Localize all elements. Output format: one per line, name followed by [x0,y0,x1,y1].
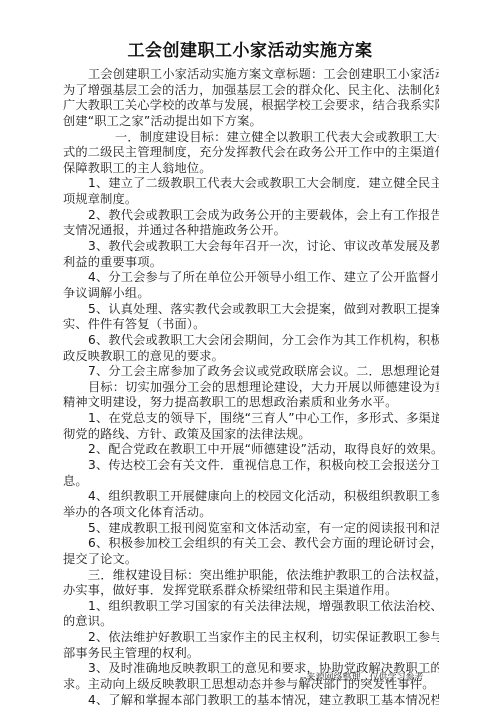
paragraph-line: 4、分工会参与了所在单位公开领导小组工作、建立了公开监督小组、劳动 [63,270,439,286]
paragraph-line: 式的二级民主管理制度，充分发挥教代会在政务公开工作中的主渠道作用，切实 [63,145,439,161]
paragraph-line: 项规章制度。 [63,192,439,208]
paragraph-line: 6、教代会或教职工大会闭会期间，分工会作为其工作机构，积极向部门党 [63,333,439,349]
paragraph-line: 办实事，做好事．发挥党联系群众桥梁纽带和民主渠道作用。 [63,583,439,599]
paragraph-line: 5、建成教职工报刊阅览室和文体活动室，有一定的阅读报刊和活动器材。 [63,521,439,537]
paragraph-line: 3、教代会或教职工大会每年召开一次，讨论、审议改革发展及教职工切身 [63,239,439,255]
paragraph-line: 部事务民主管理的权利。 [63,646,439,662]
paragraph-line: 目标：切实加强分工会的思想理论建设，大力开展以师德建设为重点的校园 [63,380,439,396]
paragraph-line: 创建“职工之家”活动提出如下方案。 [63,114,439,130]
paragraph-line: 为了增强基层工会的活力，加强基层工会的群众化、民主化、法制化建设，激励 [63,83,439,99]
paragraph-line: 举办的各项文化体育活动。 [63,505,439,521]
paragraph-line: 4、组织教职工开展健康向上的校园文化活动，积极组织教职工参加校工会 [63,489,439,505]
paragraph-line: 2、依法维护好教职工当家作主的民主权利，切实保证教职工参与本部门内 [63,630,439,646]
paragraph-line: 精神文明建设，努力提高教职工的思想政治素质和业务水平。 [63,395,439,411]
paragraph-line: 一．制度建设目标：建立健全以教职工代表大会或教职工大会为基本形 [63,130,439,146]
paragraph-line: 提交了论文。 [63,552,439,568]
paragraph-line: 2、教代会或教职工会成为政务公开的主要载体，会上有工作报告和财务收 [63,208,439,224]
paragraph-line: 1、在党总支的领导下，围绕“三育人”中心工作，多形式、多渠道学习贯 [63,411,439,427]
paragraph-line: 息。 [63,474,439,490]
paragraph-line: 实、件件有答复（书面）。 [63,317,439,333]
source-footer: --来源网络整理，仅供学习参考 [300,670,424,683]
paragraph-line: 7、分工会主席参加了政务会议或党政联席会议。二．思想理论建设 [63,364,439,380]
paragraph-line: 三．维权建设目标：突出维护职能，依法维护教职工的合法权益，为教职工 [63,568,439,584]
paragraph-line: 广大教职工关心学校的改革与发展，根据学校工会要求，结合我系实际，对开展 [63,98,439,114]
paragraph-line: 彻党的路线、方针、政策及国家的法律法规。 [63,427,439,443]
paragraph-line: 6、积极参加校工会组织的有关工会、教代会方面的理论研讨会，向研讨会 [63,536,439,552]
paragraph-line: 利益的重要事项。 [63,255,439,271]
paragraph-line: 工会创建职工小家活动实施方案文章标题：工会创建职工小家活动实施方案 [63,67,439,83]
paragraph-line: 的意识。 [63,614,439,630]
paragraph-line: 保障教职工的主人翁地位。 [63,161,439,177]
document-title: 工会创建职工小家活动实施方案 [0,36,500,61]
paragraph-line: 3、传达校工会有关文件．重视信息工作，积极向校工会报送分工会工作信 [63,458,439,474]
paragraph-line: 1、建立了二级教职工代表大会或教职工大会制度．建立健全民主管理的各 [63,176,439,192]
paragraph-line: 支情况通报，并通过各种措施政务公开。 [63,223,439,239]
paragraph-line: 1、组织教职工学习国家的有关法律法规，增强教职工依法治校、依法治会 [63,599,439,615]
paragraph-line: 2、配合党政在教职工中开展“师德建设”活动，取得良好的效果。 [63,442,439,458]
paragraph-line: 5、认真处理、落实教代会或教职工大会提案，做到对教职工提案件件有落 [63,302,439,318]
paragraph-line: 4、了解和掌握本部门教职工的基本情况，建立教职工基本情况档案，做到 [63,693,439,707]
paragraph-line: 政反映教职工的意见的要求。 [63,349,439,365]
document-body: 工会创建职工小家活动实施方案文章标题：工会创建职工小家活动实施方案为了增强基层工… [63,67,439,707]
paragraph-line: 争议调解小组。 [63,286,439,302]
